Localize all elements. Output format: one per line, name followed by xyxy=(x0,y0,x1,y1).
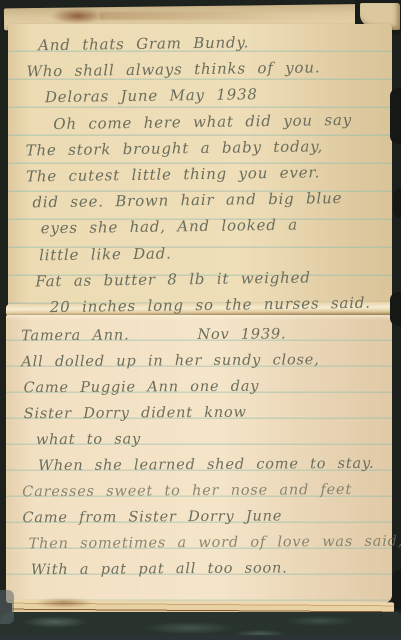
entry-1939-date: Nov 1939. xyxy=(197,321,286,348)
page-edge-notch xyxy=(393,188,401,218)
stain xyxy=(34,598,94,608)
handwriting-line: Came Puggie Ann one day xyxy=(23,373,380,401)
entry-1939-title: Tamera Ann. xyxy=(21,323,129,350)
entry-1938-text: And thats Gram Bundy. Who shall always t… xyxy=(24,28,381,321)
cover-corner xyxy=(0,590,14,624)
page-edge-notch xyxy=(390,292,401,326)
handwriting-line: All dolled up in her sundy close, xyxy=(21,347,380,376)
handwriting-line: Sister Dorry dident know xyxy=(24,399,381,427)
handwriting-line: With a pat pat all too soon. xyxy=(31,555,382,583)
entry-1939-header: Tamera Ann. Nov 1939. xyxy=(21,321,380,350)
handwriting-line: Oh come here what did you say xyxy=(53,106,378,137)
stain xyxy=(50,8,106,24)
handwriting-line: did see. Brown hair and big blue xyxy=(32,185,379,216)
handwriting-line: Then sometimes a word of love was said, xyxy=(29,529,382,557)
handwriting-line: Came from Sister Dorry June xyxy=(22,503,381,532)
journal-photo: And thats Gram Bundy. Who shall always t… xyxy=(0,0,401,640)
page-edge-notch xyxy=(390,88,401,144)
handwriting-line: Caresses sweet to her nose and feet xyxy=(22,477,381,506)
handwriting-line: When she learned shed come to stay. xyxy=(38,451,381,479)
handwriting-line: what to say xyxy=(36,425,381,453)
handwriting-line: 20 inches long so the nurses said. xyxy=(50,289,381,320)
marbled-cover xyxy=(0,612,401,640)
entry-1939-text: Tamera Ann. Nov 1939. All dolled up in h… xyxy=(21,321,382,583)
stain xyxy=(100,12,280,20)
